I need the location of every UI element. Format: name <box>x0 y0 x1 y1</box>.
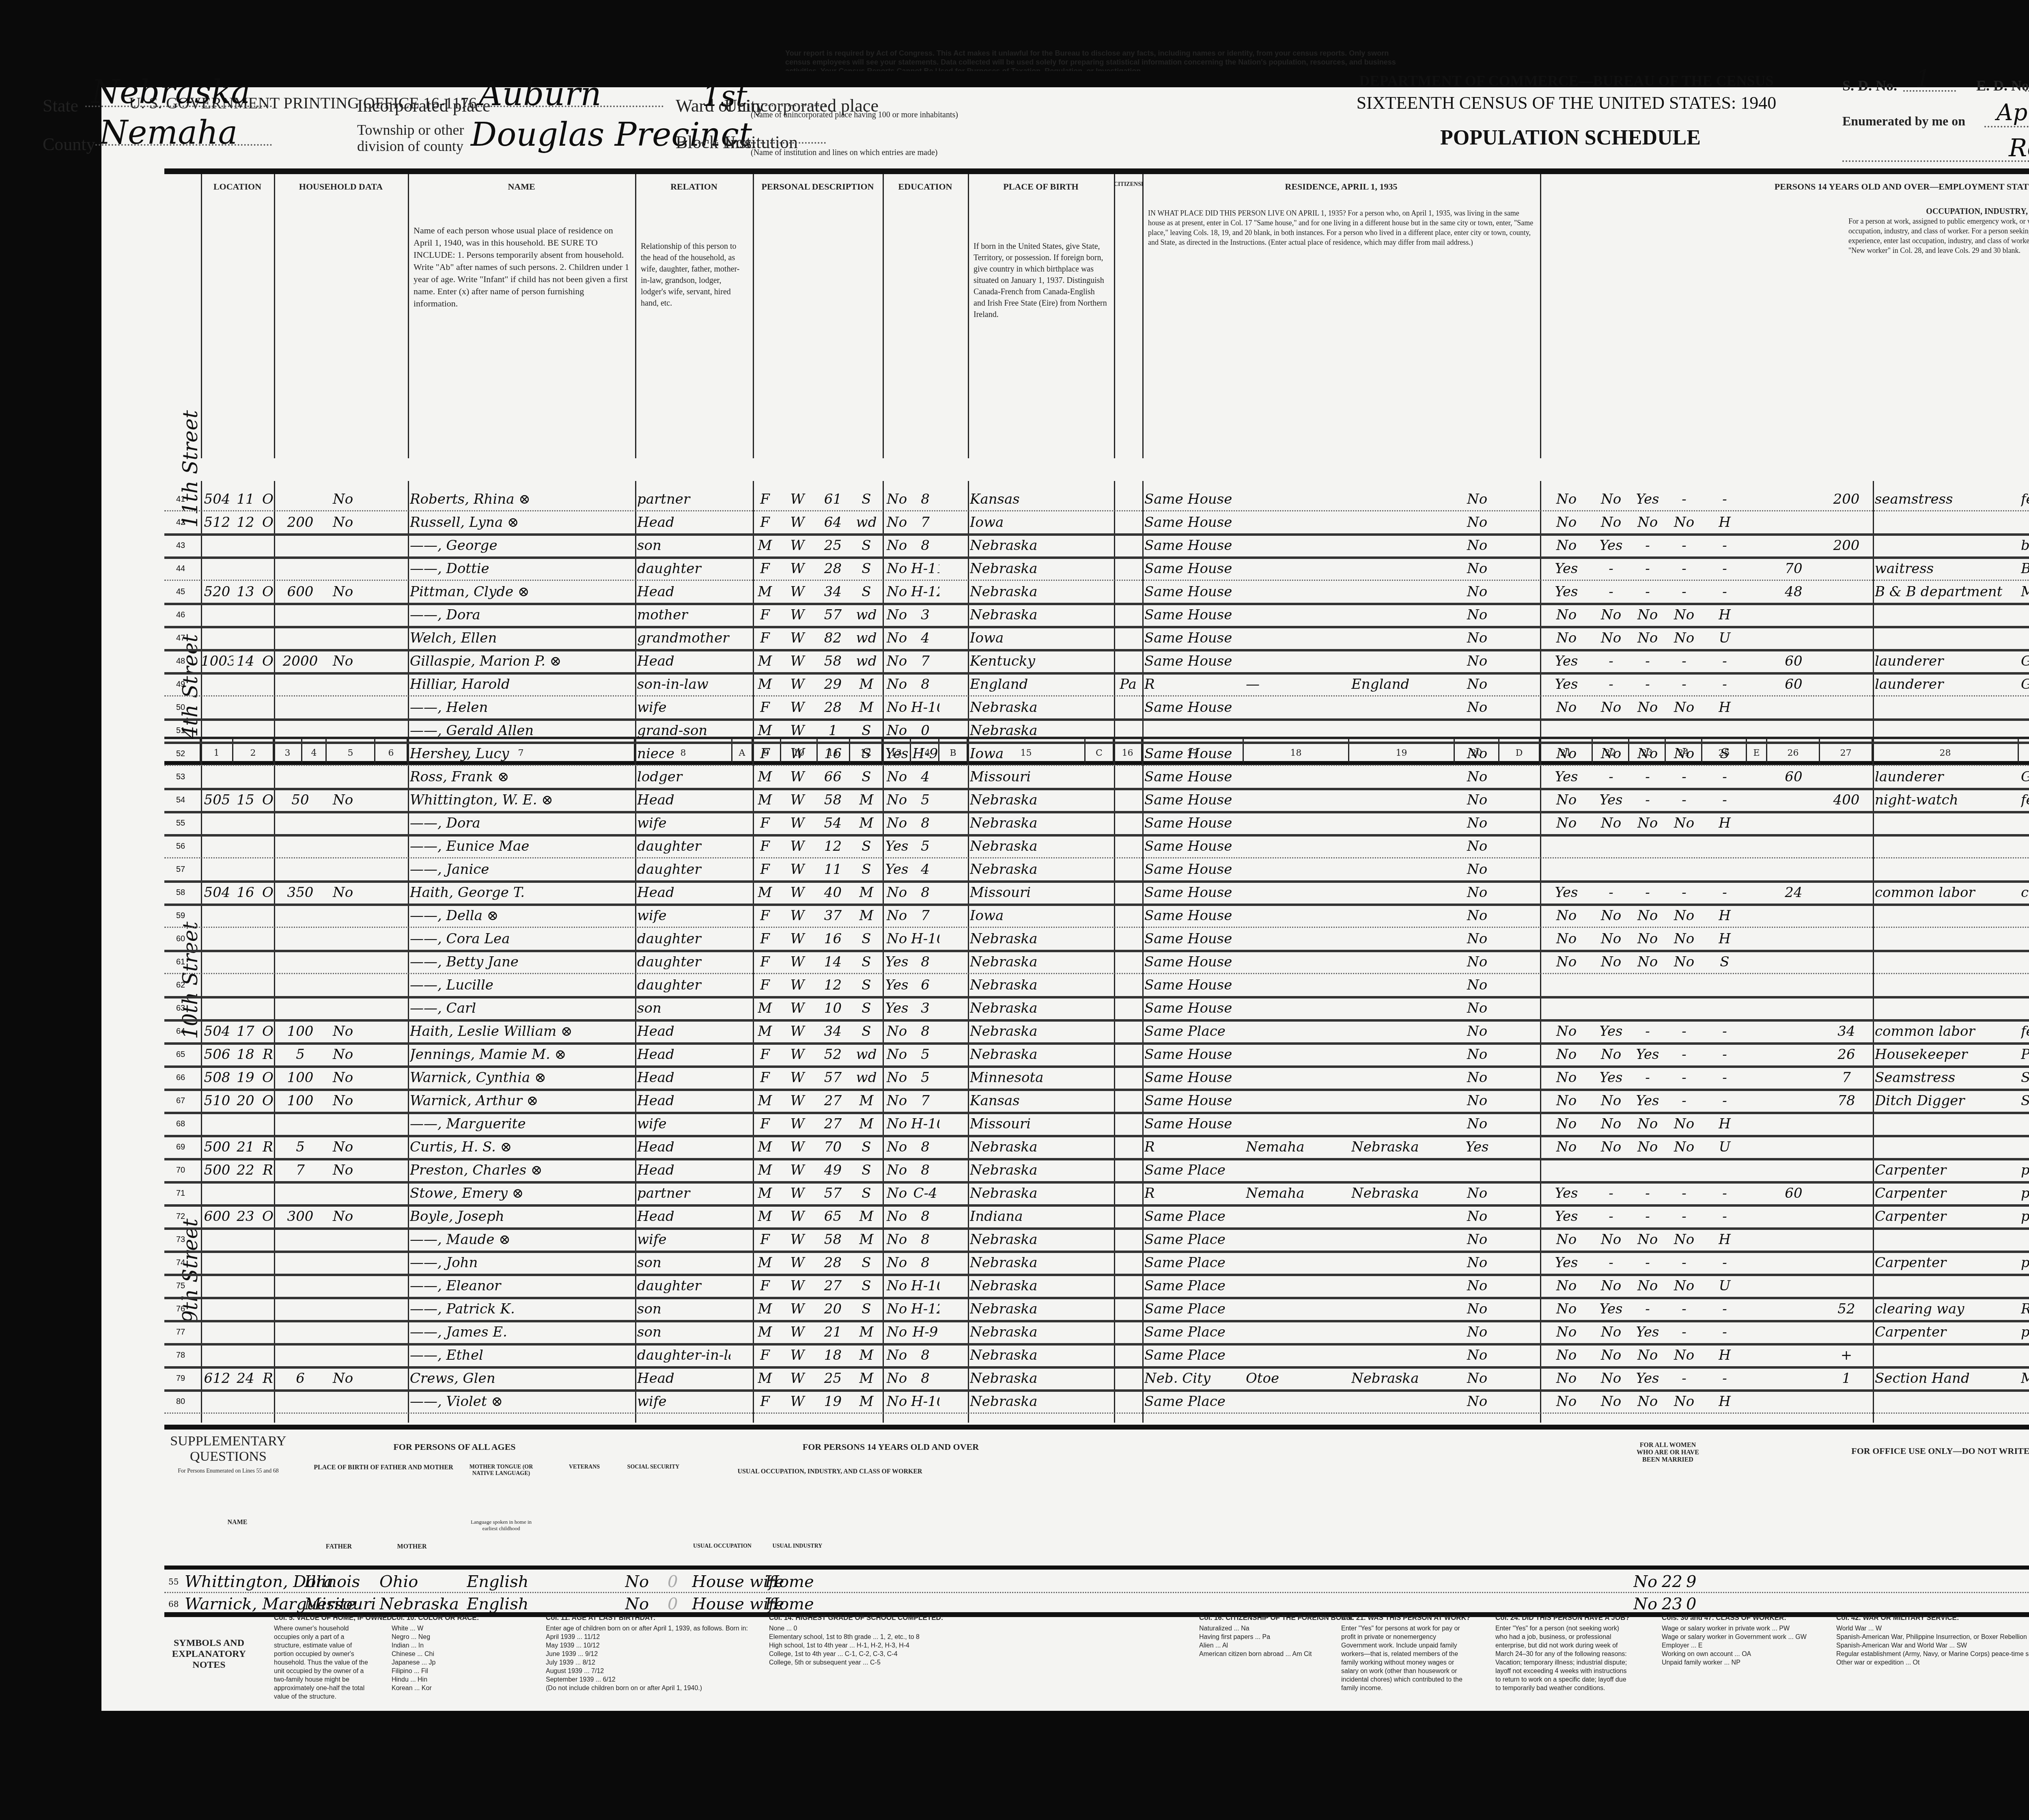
industry-cell <box>2021 1274 2029 1297</box>
grade-cell: 0 <box>911 718 939 742</box>
occupation-cell <box>1875 1112 2017 1135</box>
grade-cell: 7 <box>911 649 939 672</box>
age-cell: 14 <box>818 950 848 973</box>
birthplace-cell: Kentucky <box>970 649 1083 672</box>
res-farm-cell: No <box>1457 695 1497 718</box>
grade-cell: 8 <box>911 533 939 556</box>
relation-cell: Head <box>637 880 730 904</box>
c23-cell <box>1631 973 1664 996</box>
c23-cell: No <box>1631 603 1664 626</box>
weeks-unemployed-cell: 78 <box>1822 1089 1871 1112</box>
dwelling-cell <box>233 765 258 788</box>
res-county-cell <box>1246 996 1347 1019</box>
res-state-cell <box>1351 626 1453 649</box>
c24-cell: No <box>1668 626 1700 649</box>
c24-cell: - <box>1668 1065 1700 1089</box>
school-cell: No <box>883 1343 911 1366</box>
c21-cell: No <box>1542 1042 1591 1065</box>
farm-cell <box>327 695 359 718</box>
marital-cell: wd <box>850 649 883 672</box>
school-cell: No <box>883 1366 911 1389</box>
weeks-unemployed-cell <box>1822 580 1871 603</box>
dwelling-cell <box>233 718 258 742</box>
res-state-cell <box>1351 1389 1453 1412</box>
relation-cell: son <box>637 996 730 1019</box>
state-label: State <box>43 95 78 116</box>
occupation-cell: Carpenter <box>1875 1320 2017 1343</box>
c21-cell: Yes <box>1542 556 1591 580</box>
house-cell: 504 <box>201 1019 233 1042</box>
marital-cell: S <box>850 834 883 857</box>
res-county-cell <box>1246 880 1347 904</box>
res-state-cell <box>1351 1297 1453 1320</box>
farm-cell <box>327 556 359 580</box>
res-farm-cell: No <box>1457 487 1497 510</box>
res-state-cell <box>1351 1112 1453 1135</box>
c22-cell: No <box>1595 1274 1627 1297</box>
res-city-cell: Same House <box>1144 1042 1242 1065</box>
ed-line <box>2025 90 2029 92</box>
farm-cell: No <box>327 510 359 533</box>
farm-cell: No <box>327 1089 359 1112</box>
res-state-cell <box>1351 510 1453 533</box>
race-cell: W <box>781 718 814 742</box>
birthplace-cell: Nebraska <box>970 1227 1083 1251</box>
school-cell: No <box>883 1320 911 1343</box>
relation-cell: Head <box>637 1042 730 1065</box>
c23-cell: - <box>1631 1181 1664 1204</box>
dwelling-cell: 16 <box>233 880 258 904</box>
occupation-cell <box>1875 973 2017 996</box>
sex-cell: M <box>753 1181 777 1204</box>
industry-cell <box>2021 626 2029 649</box>
note-col16: Col. 16. CITIZENSHIP OF THE FOREIGN BORN… <box>1199 1613 1321 1658</box>
house-cell <box>201 603 233 626</box>
dwelling-cell <box>233 950 258 973</box>
weeks-unemployed-cell <box>1822 672 1871 695</box>
res-state-cell <box>1351 487 1453 510</box>
res-farm-cell: No <box>1457 1274 1497 1297</box>
sex-cell: M <box>753 1204 777 1227</box>
marital-cell: S <box>850 1274 883 1297</box>
house-cell <box>201 718 233 742</box>
industry-cell <box>2021 718 2029 742</box>
race-cell: W <box>781 1204 814 1227</box>
birthplace-cell: Nebraska <box>970 580 1083 603</box>
res-state-cell <box>1351 765 1453 788</box>
birthplace-cell: Indiana <box>970 1204 1083 1227</box>
res-city-cell: Same House <box>1144 973 1242 996</box>
race-cell: W <box>781 1089 814 1112</box>
school-cell: No <box>883 672 911 695</box>
c25-cell: - <box>1704 1204 1745 1227</box>
relation-cell: Head <box>637 1204 730 1227</box>
c25-cell: - <box>1704 1366 1745 1389</box>
citizenship-cell <box>1116 811 1140 834</box>
table-row: 43——, GeorgesonMW25SNo8NebraskaSame Hous… <box>164 533 2029 559</box>
value-cell <box>278 996 323 1019</box>
line-cell: 46 <box>164 603 197 626</box>
weeks-unemployed-cell <box>1822 1320 1871 1343</box>
name-cell: ——, Cora Lea <box>410 927 633 950</box>
c25-cell: - <box>1704 1297 1745 1320</box>
res-city-cell: R <box>1144 672 1242 695</box>
hours-cell <box>1769 487 1818 510</box>
relation-cell: grand-son <box>637 718 730 742</box>
race-cell: W <box>781 1181 814 1204</box>
c23-cell: No <box>1631 811 1664 834</box>
res-city-cell: Same House <box>1144 950 1242 973</box>
dwelling-cell <box>233 742 258 765</box>
note-col14: Col. 14. HIGHEST GRADE OF SCHOOL COMPLET… <box>769 1613 923 1667</box>
hours-cell <box>1769 834 1818 857</box>
weeks-unemployed-cell <box>1822 1204 1871 1227</box>
c24-cell: No <box>1668 1274 1700 1297</box>
table-row: 71Stowe, Emery ⊗partnerMW57SNoC-4Nebrask… <box>164 1181 2029 1207</box>
citizenship-cell <box>1116 857 1140 880</box>
res-farm-cell: No <box>1457 1251 1497 1274</box>
county-value: Nemaha <box>99 114 237 151</box>
industry-cell <box>2021 927 2029 950</box>
race-cell: W <box>781 1227 814 1251</box>
value-cell: 5 <box>278 1042 323 1065</box>
tenure-cell <box>258 718 278 742</box>
age-cell: 64 <box>818 510 848 533</box>
name-cell: Ross, Frank ⊗ <box>410 765 633 788</box>
name-cell: ——, Marguerite <box>410 1112 633 1135</box>
name-cell: Warnick, Arthur ⊗ <box>410 1089 633 1112</box>
c21-cell <box>1542 718 1591 742</box>
marital-cell: S <box>850 765 883 788</box>
house-cell <box>201 556 233 580</box>
industry-cell: private work <box>2021 1320 2029 1343</box>
marital-cell: S <box>850 927 883 950</box>
farm-cell <box>327 904 359 927</box>
farm-cell <box>327 996 359 1019</box>
relation-cell: Head <box>637 1366 730 1389</box>
name-cell: ——, Maude ⊗ <box>410 1227 633 1251</box>
hours-cell <box>1769 533 1818 556</box>
res-city-cell: Same House <box>1144 811 1242 834</box>
grade-cell: 4 <box>911 857 939 880</box>
line-cell: 60 <box>164 927 197 950</box>
hours-cell <box>1769 857 1818 880</box>
line-cell: 56 <box>164 834 197 857</box>
grade-cell: H-11 <box>911 556 939 580</box>
c22-cell: No <box>1595 1366 1627 1389</box>
line-cell: 67 <box>164 1089 197 1112</box>
name-cell: ——, Janice <box>410 857 633 880</box>
res-state-cell <box>1351 1158 1453 1181</box>
c25-cell: - <box>1704 1251 1745 1274</box>
tenure-cell <box>258 904 278 927</box>
c25-cell: - <box>1704 672 1745 695</box>
c25-cell: H <box>1704 1343 1745 1366</box>
race-cell: W <box>781 649 814 672</box>
c24-cell: - <box>1668 580 1700 603</box>
race-cell: W <box>781 904 814 927</box>
res-city-cell: Same House <box>1144 788 1242 811</box>
age-cell: 52 <box>818 1042 848 1065</box>
c23-cell: Yes <box>1631 1089 1664 1112</box>
table-row: 7961224R6NoCrews, GlenHeadMW25MNo8Nebras… <box>164 1366 2029 1392</box>
c21-cell: No <box>1542 510 1591 533</box>
grade-cell: 8 <box>911 487 939 510</box>
line-cell: 48 <box>164 649 197 672</box>
industry-cell: private work <box>2021 1181 2029 1204</box>
table-row: 44——, DottiedaughterFW28SNoH-11NebraskaS… <box>164 556 2029 581</box>
school-cell: No <box>883 1019 911 1042</box>
place-of-birth-header: PLACE OF BIRTH If born in the United Sta… <box>968 174 1115 458</box>
table-row: 53Ross, Frank ⊗lodgerMW66SNo4MissouriSam… <box>164 765 2029 790</box>
occupation-cell <box>1875 603 2017 626</box>
grade-cell: 6 <box>911 973 939 996</box>
citizenship-cell <box>1116 1366 1140 1389</box>
marital-cell: M <box>850 788 883 811</box>
birthplace-cell: Nebraska <box>970 556 1083 580</box>
citizenship-cell <box>1116 1320 1140 1343</box>
house-cell: 600 <box>201 1204 233 1227</box>
c21-cell: No <box>1542 1343 1591 1366</box>
table-row: 56——, Eunice MaedaughterFW12SYes5Nebrask… <box>164 834 2029 858</box>
c23-cell <box>1631 1158 1664 1181</box>
farm-cell <box>327 533 359 556</box>
line-cell: 79 <box>164 1366 197 1389</box>
sex-cell: M <box>753 649 777 672</box>
res-county-cell <box>1246 742 1347 765</box>
weeks-unemployed-cell: 52 <box>1822 1297 1871 1320</box>
c25-cell: - <box>1704 1019 1745 1042</box>
house-cell <box>201 1112 233 1135</box>
table-row: 7260023O300NoBoyle, JosephHeadMW65MNo8In… <box>164 1204 2029 1230</box>
hours-cell <box>1769 788 1818 811</box>
weeks-unemployed-cell <box>1822 904 1871 927</box>
household-data-header: HOUSEHOLD DATA <box>274 174 409 458</box>
dwelling-cell <box>233 1297 258 1320</box>
res-city-cell: Same Place <box>1144 1320 1242 1343</box>
res-county-cell <box>1246 973 1347 996</box>
farm-cell <box>327 603 359 626</box>
dwelling-cell <box>233 1227 258 1251</box>
farm-cell <box>327 857 359 880</box>
grade-cell: H-10 <box>911 1112 939 1135</box>
value-cell <box>278 742 323 765</box>
tenure-cell <box>258 834 278 857</box>
res-state-cell <box>1351 1042 1453 1065</box>
occupation-cell: common labor <box>1875 1019 2017 1042</box>
hours-cell <box>1769 1065 1818 1089</box>
industry-cell <box>2021 996 2029 1019</box>
house-cell <box>201 950 233 973</box>
industry-cell: Gillaspie's laundry <box>2021 672 2029 695</box>
hours-cell <box>1769 904 1818 927</box>
value-cell <box>278 1227 323 1251</box>
weeks-unemployed-cell <box>1822 603 1871 626</box>
farm-cell <box>327 834 359 857</box>
incorporated-place-value: Auburn <box>479 75 601 113</box>
c25-cell: H <box>1704 1112 1745 1135</box>
age-cell: 27 <box>818 1112 848 1135</box>
relation-header: RELATION Relationship of this person to … <box>635 174 754 458</box>
occupation-cell: launderer <box>1875 765 2017 788</box>
marital-cell: M <box>850 811 883 834</box>
citizenship-cell <box>1116 649 1140 672</box>
res-county-cell <box>1246 1320 1347 1343</box>
res-farm-cell: Yes <box>1457 1135 1497 1158</box>
res-city-cell: Same House <box>1144 857 1242 880</box>
occupation-cell <box>1875 1135 2017 1158</box>
c22-cell: Yes <box>1595 1297 1627 1320</box>
c22-cell: - <box>1595 880 1627 904</box>
dwelling-cell: 24 <box>233 1366 258 1389</box>
c21-cell: No <box>1542 1135 1591 1158</box>
res-farm-cell <box>1457 718 1497 742</box>
relation-cell: daughter-in-law <box>637 1343 730 1366</box>
dwelling-cell <box>233 996 258 1019</box>
c23-cell: - <box>1631 880 1664 904</box>
farm-cell: No <box>327 649 359 672</box>
birthplace-cell: Nebraska <box>970 973 1083 996</box>
table-row: 50——, HelenwifeFW28MNoH-10NebraskaSame H… <box>164 695 2029 721</box>
c23-cell: Yes <box>1631 487 1664 510</box>
res-county-cell <box>1246 718 1347 742</box>
c23-cell: No <box>1631 1227 1664 1251</box>
industry-cell: private work <box>2021 1204 2029 1227</box>
relation-cell: wife <box>637 904 730 927</box>
house-cell <box>201 1227 233 1251</box>
school-cell: No <box>883 1204 911 1227</box>
line-cell: 64 <box>164 1019 197 1042</box>
c25-cell: - <box>1704 580 1745 603</box>
res-county-cell <box>1246 1204 1347 1227</box>
c23-cell: - <box>1631 788 1664 811</box>
line-cell: 78 <box>164 1343 197 1366</box>
farm-cell <box>327 765 359 788</box>
tenure-cell <box>258 950 278 973</box>
house-cell <box>201 1297 233 1320</box>
hours-cell <box>1769 510 1818 533</box>
weeks-unemployed-cell <box>1822 1181 1871 1204</box>
name-cell: ——, Dora <box>410 811 633 834</box>
table-row: 5850416O350NoHaith, George T.HeadMW40MNo… <box>164 880 2029 906</box>
name-cell: ——, Ethel <box>410 1343 633 1366</box>
hours-cell <box>1769 1042 1818 1065</box>
c21-cell: No <box>1542 695 1591 718</box>
weeks-unemployed-cell: 400 <box>1822 788 1871 811</box>
note-col10: Col. 10. COLOR OR RACE: White ... W Negr… <box>392 1613 534 1693</box>
farm-cell: No <box>327 1042 359 1065</box>
table-row: 55——, DorawifeFW54MNo8NebraskaSame House… <box>164 811 2029 837</box>
occupation-instructions: OCCUPATION, INDUSTRY, AND CLASS OF WORKE… <box>1848 207 2029 255</box>
c21-cell: Yes <box>1542 1251 1591 1274</box>
value-cell <box>278 672 323 695</box>
age-cell: 27 <box>818 1274 848 1297</box>
personal-description-header: PERSONAL DESCRIPTION <box>753 174 884 458</box>
dwelling-cell: 17 <box>233 1019 258 1042</box>
value-cell <box>278 1274 323 1297</box>
res-state-cell <box>1351 950 1453 973</box>
name-cell: ——, Lucille <box>410 973 633 996</box>
value-cell <box>278 626 323 649</box>
age-cell: 34 <box>818 1019 848 1042</box>
line-cell: 57 <box>164 857 197 880</box>
weeks-unemployed-cell <box>1822 765 1871 788</box>
c23-cell: No <box>1631 510 1664 533</box>
school-cell: No <box>883 1135 911 1158</box>
grade-cell: 8 <box>911 880 939 904</box>
table-row: 73——, Maude ⊗wifeFW58MNo8NebraskaSame Pl… <box>164 1227 2029 1253</box>
c24-cell: No <box>1668 950 1700 973</box>
citizenship-cell <box>1116 927 1140 950</box>
c24-cell: - <box>1668 556 1700 580</box>
age-cell: 58 <box>818 649 848 672</box>
school-cell: No <box>883 533 911 556</box>
res-state-cell <box>1351 1227 1453 1251</box>
res-state-cell <box>1351 556 1453 580</box>
c24-cell <box>1668 834 1700 857</box>
house-cell <box>201 1343 233 1366</box>
race-cell: W <box>781 996 814 1019</box>
res-state-cell: Nebraska <box>1351 1181 1453 1204</box>
res-county-cell <box>1246 1227 1347 1251</box>
res-state-cell <box>1351 695 1453 718</box>
sex-cell: M <box>753 1158 777 1181</box>
weeks-unemployed-cell <box>1822 811 1871 834</box>
farm-cell: No <box>327 880 359 904</box>
sex-cell: F <box>753 857 777 880</box>
dwelling-cell <box>233 834 258 857</box>
farm-cell <box>327 811 359 834</box>
industry-cell <box>2021 834 2029 857</box>
res-state-cell <box>1351 811 1453 834</box>
c23-cell: - <box>1631 1297 1664 1320</box>
res-city-cell: Same Place <box>1144 1204 1242 1227</box>
res-city-cell: Same House <box>1144 649 1242 672</box>
c24-cell <box>1668 1158 1700 1181</box>
citizenship-cell: Pa <box>1116 672 1140 695</box>
marital-cell: S <box>850 1297 883 1320</box>
c22-cell: No <box>1595 1227 1627 1251</box>
citizenship-cell <box>1116 1112 1140 1135</box>
age-cell: 57 <box>818 1065 848 1089</box>
enumerated-month: April <box>1997 99 2029 126</box>
grade-cell: 8 <box>911 1227 939 1251</box>
enumerator-line <box>1842 160 2029 162</box>
race-cell: W <box>781 672 814 695</box>
c22-cell: No <box>1595 695 1627 718</box>
name-cell: Gillaspie, Marion P. ⊗ <box>410 649 633 672</box>
name-cell: Russell, Lyna ⊗ <box>410 510 633 533</box>
line-cell: 71 <box>164 1181 197 1204</box>
farm-cell <box>327 927 359 950</box>
res-county-cell <box>1246 1065 1347 1089</box>
res-farm-cell: No <box>1457 1389 1497 1412</box>
grade-cell: 8 <box>911 1343 939 1366</box>
schedule-title: POPULATION SCHEDULE <box>1307 126 1834 150</box>
marital-cell: S <box>850 950 883 973</box>
grade-cell: 8 <box>911 811 939 834</box>
value-cell <box>278 834 323 857</box>
note-col30: Cols. 30 and 47. CLASS OF WORKER: Wage o… <box>1662 1613 1800 1667</box>
table-row: 62——, LucilledaughterFW12SYes6NebraskaSa… <box>164 973 2029 998</box>
res-farm-cell <box>1457 1158 1497 1181</box>
table-row: 51——, Gerald Allengrand-sonMW1SNo0Nebras… <box>164 718 2029 744</box>
birthplace-cell: Nebraska <box>970 788 1083 811</box>
res-city-cell: Same House <box>1144 1065 1242 1089</box>
c23-cell: Yes <box>1631 1042 1664 1065</box>
sex-cell: M <box>753 788 777 811</box>
hours-cell <box>1769 973 1818 996</box>
